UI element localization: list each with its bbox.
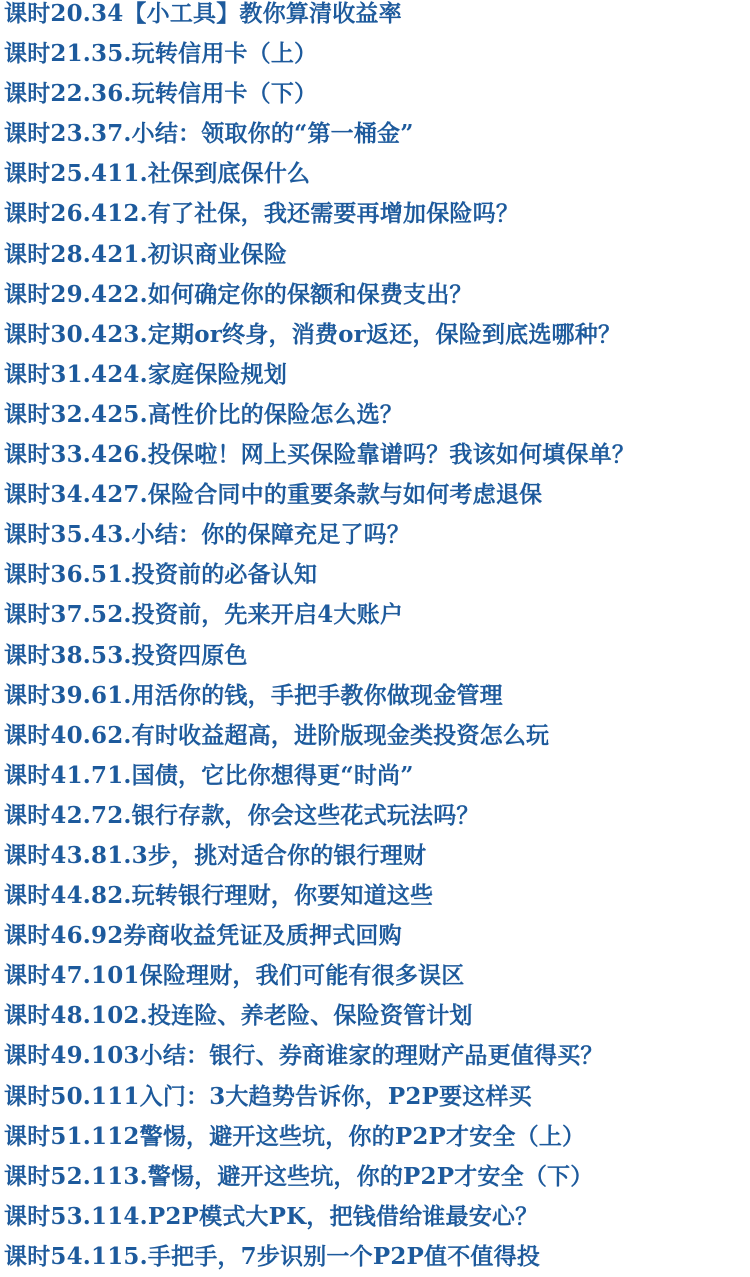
- lesson-item[interactable]: 课时26.412.有了社保，我还需要再增加保险吗？: [4, 194, 635, 234]
- lesson-item[interactable]: 课时48.102.投连险、养老险、保险资管计划: [4, 996, 635, 1036]
- lesson-item[interactable]: 课时39.61.用活你的钱，手把手教你做现金管理: [4, 676, 635, 716]
- lesson-item[interactable]: 课时34.427.保险合同中的重要条款与如何考虑退保: [4, 475, 635, 515]
- lesson-item[interactable]: 课时46.92券商收益凭证及质押式回购: [4, 916, 635, 956]
- lesson-item[interactable]: 课时22.36.玩转信用卡（下）: [4, 74, 635, 114]
- lesson-item[interactable]: 课时43.81.3步，挑对适合你的银行理财: [4, 836, 635, 876]
- lesson-item[interactable]: 课时33.426.投保啦！网上买保险靠谱吗？我该如何填保单？: [4, 435, 635, 475]
- lesson-item[interactable]: 课时41.71.国债，它比你想得更“时尚”: [4, 756, 635, 796]
- lesson-item[interactable]: 课时52.113.警惕，避开这些坑，你的P2P才安全（下）: [4, 1157, 635, 1197]
- lesson-item[interactable]: 课时49.103小结：银行、券商谁家的理财产品更值得买？: [4, 1036, 635, 1076]
- lesson-item[interactable]: 课时30.423.定期or终身，消费or返还，保险到底选哪种？: [4, 315, 635, 355]
- lesson-item[interactable]: 课时35.43.小结：你的保障充足了吗？: [4, 515, 635, 555]
- lesson-item[interactable]: 课时32.425.高性价比的保险怎么选？: [4, 395, 635, 435]
- lesson-item[interactable]: 课时28.421.初识商业保险: [4, 235, 635, 275]
- lesson-item[interactable]: 课时37.52.投资前，先来开启4大账户: [4, 595, 635, 635]
- lesson-item[interactable]: 课时50.111入门：3大趋势告诉你，P2P要这样买: [4, 1077, 635, 1117]
- lesson-item[interactable]: 课时20.34【小工具】教你算清收益率: [4, 0, 635, 34]
- lesson-item[interactable]: 课时51.112警惕，避开这些坑，你的P2P才安全（上）: [4, 1117, 635, 1157]
- lesson-item[interactable]: 课时44.82.玩转银行理财，你要知道这些: [4, 876, 635, 916]
- lesson-item[interactable]: 课时23.37.小结：领取你的“第一桶金”: [4, 114, 635, 154]
- lesson-item[interactable]: 课时54.115.手把手，7步识别一个P2P值不值得投: [4, 1237, 635, 1267]
- lesson-item[interactable]: 课时29.422.如何确定你的保额和保费支出？: [4, 275, 635, 315]
- lesson-item[interactable]: 课时25.411.社保到底保什么: [4, 154, 635, 194]
- lesson-item[interactable]: 课时31.424.家庭保险规划: [4, 355, 635, 395]
- lesson-item[interactable]: 课时47.101保险理财，我们可能有很多误区: [4, 956, 635, 996]
- lesson-list: 课时20.34【小工具】教你算清收益率 课时21.35.玩转信用卡（上） 课时2…: [4, 0, 635, 1267]
- lesson-item[interactable]: 课时53.114.P2P模式大PK，把钱借给谁最安心？: [4, 1197, 635, 1237]
- lesson-item[interactable]: 课时38.53.投资四原色: [4, 636, 635, 676]
- lesson-item[interactable]: 课时21.35.玩转信用卡（上）: [4, 34, 635, 74]
- lesson-item[interactable]: 课时36.51.投资前的必备认知: [4, 555, 635, 595]
- lesson-item[interactable]: 课时42.72.银行存款，你会这些花式玩法吗？: [4, 796, 635, 836]
- lesson-item[interactable]: 课时40.62.有时收益超高，进阶版现金类投资怎么玩: [4, 716, 635, 756]
